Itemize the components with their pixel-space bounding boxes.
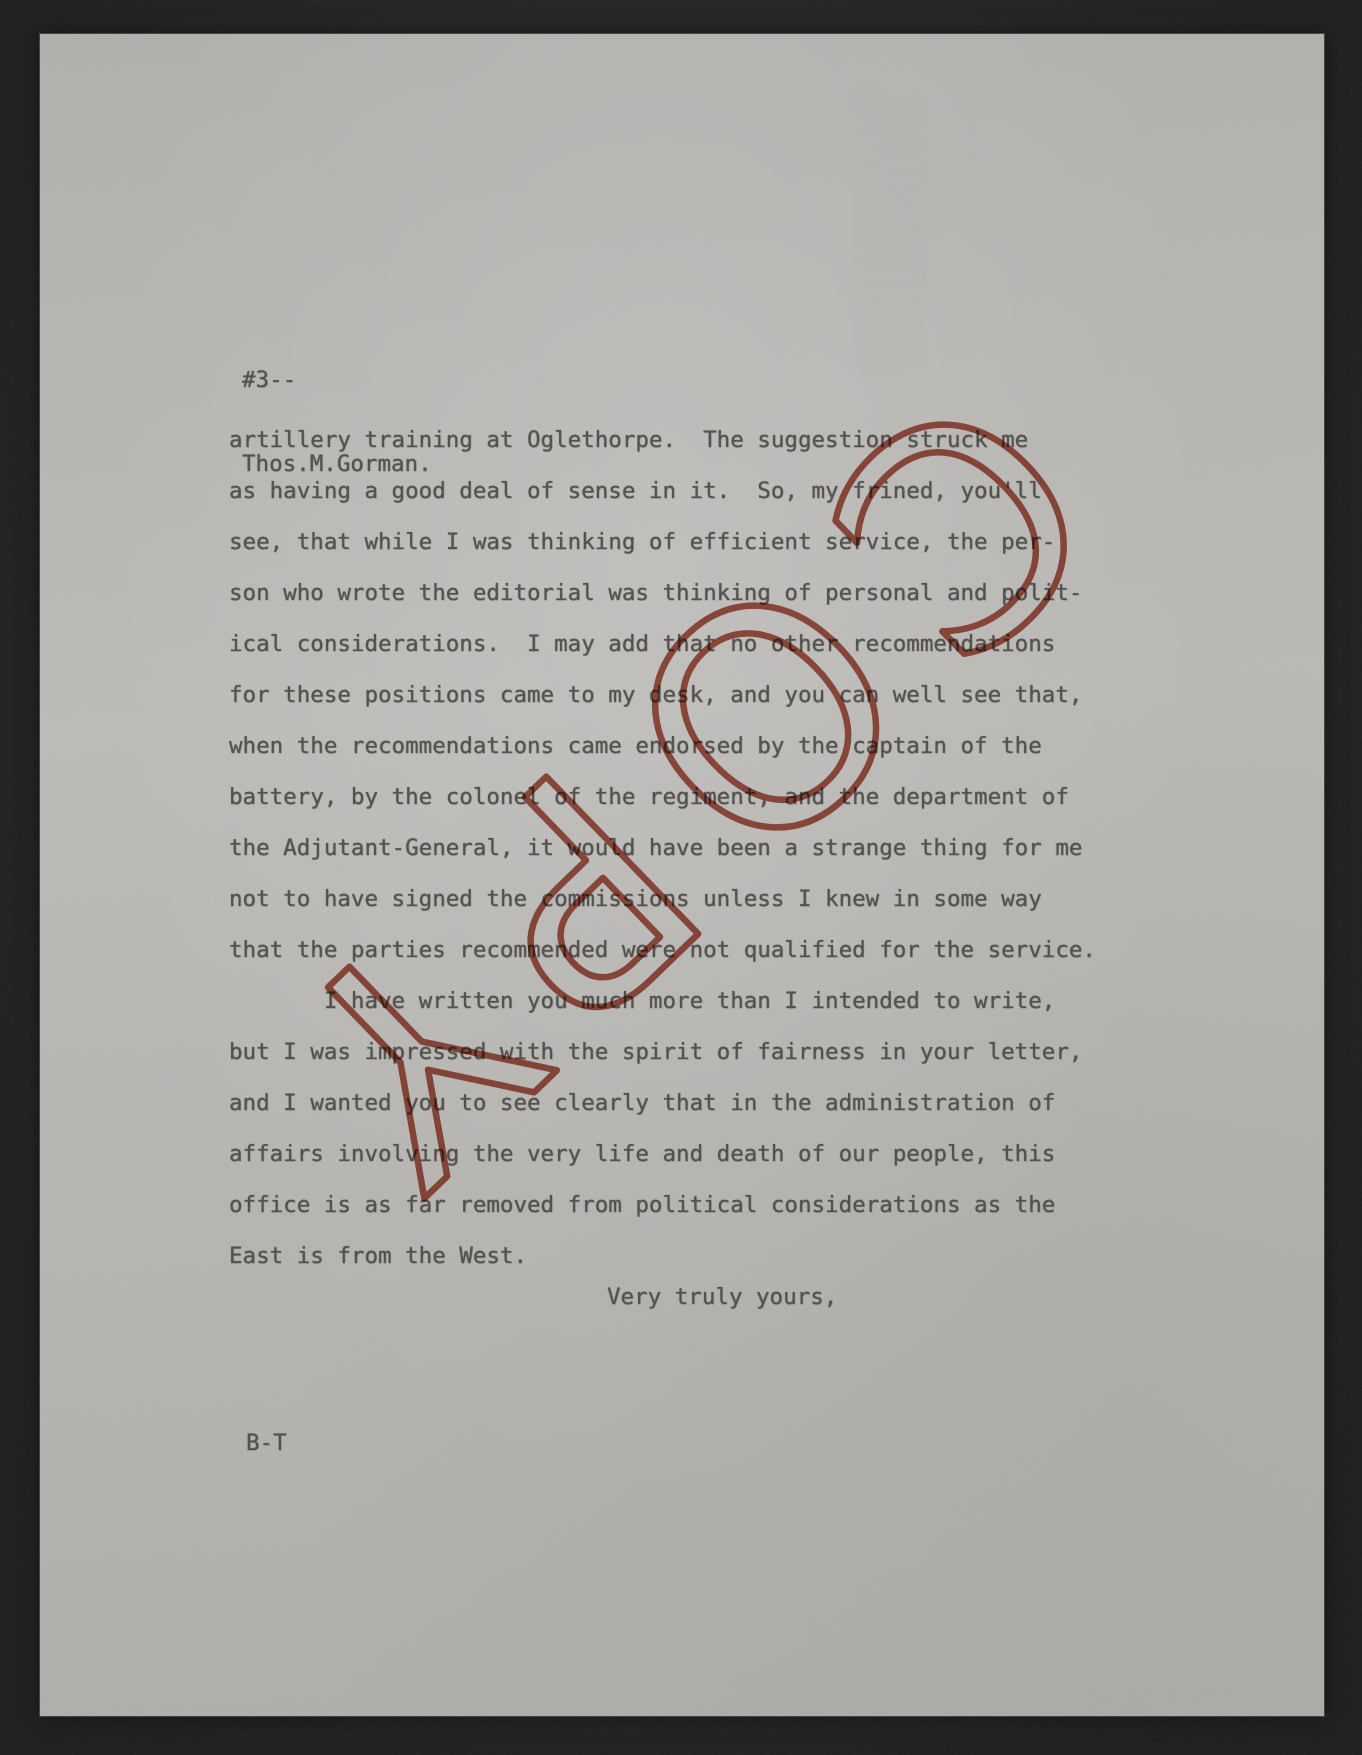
letter-closing: Very truly yours, <box>607 1272 837 1323</box>
body-line: affairs involving the very life and deat… <box>229 1129 1096 1180</box>
body-line: for these positions came to my desk, and… <box>229 670 1096 721</box>
body-line: when the recommendations came endorsed b… <box>229 721 1096 772</box>
letter-body: artillery training at Oglethorpe. The su… <box>229 415 1096 1282</box>
body-line: the Adjutant-General, it would have been… <box>229 823 1096 874</box>
body-line: and I wanted you to see clearly that in … <box>229 1078 1096 1129</box>
page-number: #3-- <box>242 366 432 394</box>
body-line: not to have signed the commissions unles… <box>229 874 1096 925</box>
body-line: artillery training at Oglethorpe. The su… <box>229 415 1096 466</box>
letter-page: #3-- Thos.M.Gorman. artillery training a… <box>40 34 1324 1716</box>
body-line: son who wrote the editorial was thinking… <box>229 568 1096 619</box>
body-line: but I was impressed with the spirit of f… <box>229 1027 1096 1078</box>
body-line: office is as far removed from political … <box>229 1180 1096 1231</box>
body-line: see, that while I was thinking of effici… <box>229 517 1096 568</box>
body-line: battery, by the colonel of the regiment,… <box>229 772 1096 823</box>
body-line: as having a good deal of sense in it. So… <box>229 466 1096 517</box>
ghost-ink-offset-smudge <box>855 89 925 379</box>
body-line: ical considerations. I may add that no o… <box>229 619 1096 670</box>
body-line: that the parties recommended were not qu… <box>229 925 1096 976</box>
body-line: I have written you much more than I inte… <box>229 976 1096 1027</box>
typist-initials: B-T <box>246 1418 287 1469</box>
